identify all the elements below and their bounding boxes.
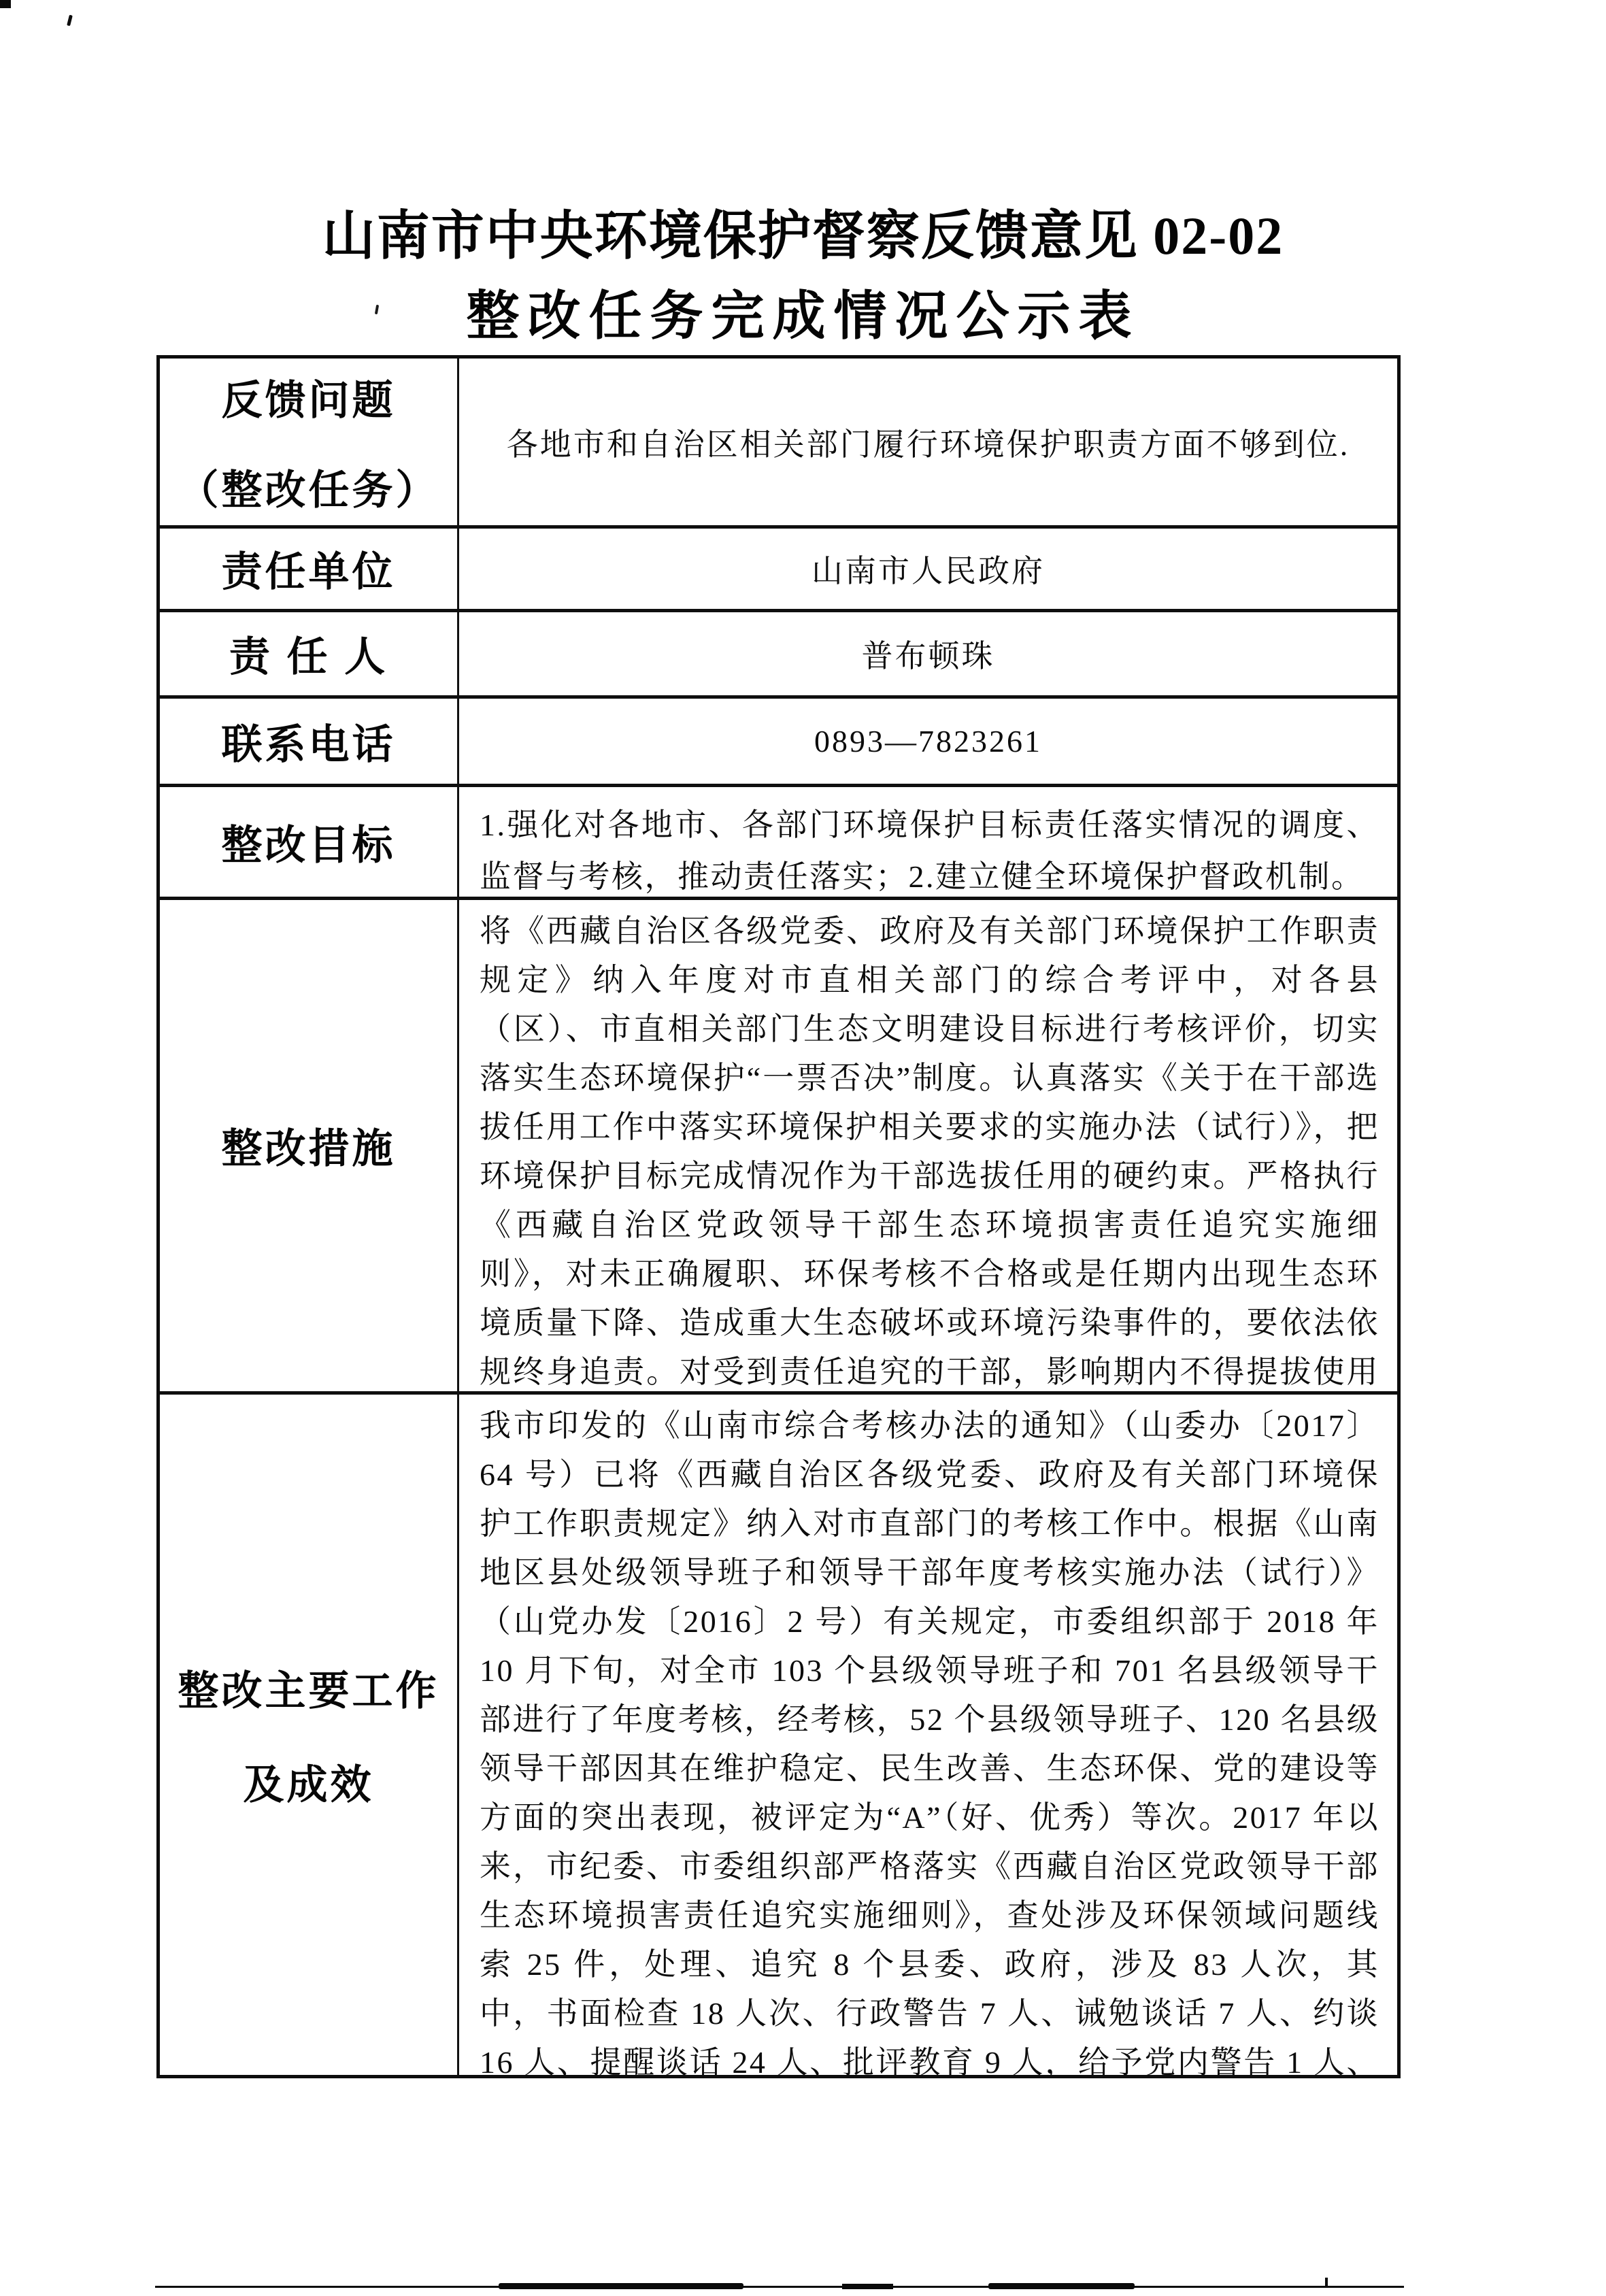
row-value-responsible-unit: 山南市人民政府 bbox=[459, 525, 1397, 609]
row-label-feedback-problem-line1: 反馈问题 bbox=[222, 368, 396, 427]
row-label-rectification-measures: 整改措施 bbox=[160, 897, 459, 1391]
scan-ink-bump bbox=[499, 2283, 743, 2289]
scan-ink-tick bbox=[1325, 2278, 1328, 2287]
scan-stray-mark bbox=[67, 15, 73, 27]
row-label-contact-phone: 联系电话 bbox=[160, 695, 459, 784]
document-title: 山南市中央环境保护督察反馈意见 02-02 整改任务完成情况公示表 bbox=[0, 196, 1606, 356]
row-label-feedback-problem-line2: （整改任务） bbox=[178, 458, 439, 516]
row-label-rectification-goal: 整改目标 bbox=[160, 784, 459, 897]
rectification-table: 反馈问题 （整改任务） 各地市和自治区相关部门履行环境保护职责方面不够到位. 责… bbox=[156, 355, 1401, 2078]
row-label-responsible-unit: 责任单位 bbox=[160, 525, 459, 609]
document-title-line2: 整改任务完成情况公示表 bbox=[0, 276, 1606, 356]
row-value-main-work-results: 我市印发的《山南市综合考核办法的通知》（山委办〔2017〕64 号）已将《西藏自… bbox=[459, 1391, 1397, 2075]
scan-ink-bump bbox=[842, 2284, 893, 2289]
row-label-main-work-results: 整改主要工作 及成效 bbox=[160, 1391, 459, 2075]
row-label-main-work-line1: 整改主要工作 bbox=[178, 1659, 439, 1717]
row-value-rectification-measures: 将《西藏自治区各级党委、政府及有关部门环境保护工作职责规定》纳入年度对市直相关部… bbox=[459, 897, 1397, 1391]
row-value-rectification-goal: 1.强化对各地市、各部门环境保护目标责任落实情况的调度、监督与考核，推动责任落实… bbox=[459, 784, 1397, 897]
next-page-row-top-border bbox=[155, 2286, 1404, 2288]
row-label-responsible-person: 责 任 人 bbox=[160, 609, 459, 695]
row-value-feedback-problem: 各地市和自治区相关部门履行环境保护职责方面不够到位. bbox=[459, 359, 1397, 525]
document-title-line1: 山南市中央环境保护督察反馈意见 02-02 bbox=[0, 196, 1606, 276]
row-value-contact-phone: 0893—7823261 bbox=[459, 695, 1397, 784]
scan-ink-bump bbox=[988, 2283, 1135, 2289]
row-label-main-work-line2: 及成效 bbox=[244, 1752, 374, 1811]
row-label-feedback-problem: 反馈问题 （整改任务） bbox=[160, 359, 459, 525]
scan-corner-blot bbox=[0, 0, 11, 8]
scanned-document-page: { "page": { "title_line1": "山南市中央环境保护督察反… bbox=[0, 0, 1606, 2296]
row-value-responsible-person: 普布顿珠 bbox=[459, 609, 1397, 695]
